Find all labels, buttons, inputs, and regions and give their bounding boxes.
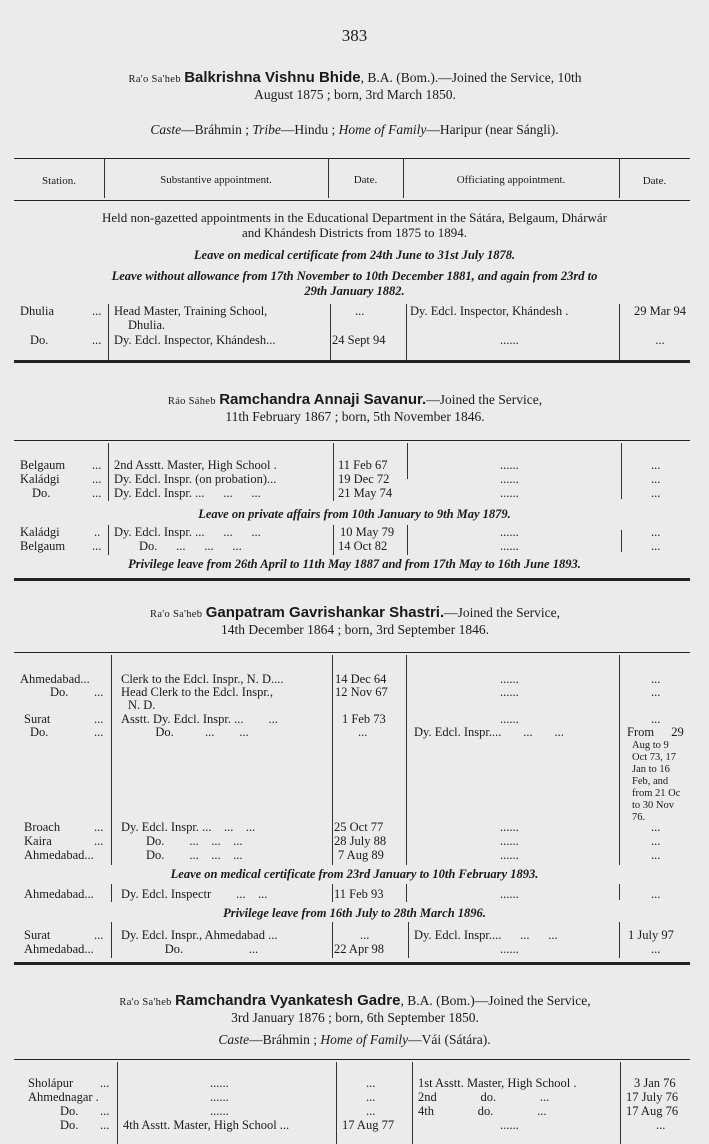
note-line: and Khándesh Districts from 1875 to 1894… bbox=[0, 225, 709, 241]
title-prefix: Ra'o Sa'heb bbox=[129, 74, 181, 85]
officiating-date-cell: 29 Mar 94 bbox=[624, 304, 696, 318]
table-row: N. D. bbox=[0, 698, 709, 712]
station-cell: Ahmedabad... bbox=[24, 848, 108, 862]
table-row: Kaládgi ... Dy. Edcl. Inspr. (on probati… bbox=[0, 472, 709, 486]
leader-dots: .. bbox=[94, 525, 100, 539]
tribe-label: Tribe bbox=[252, 122, 281, 137]
substantive-cell: ...... bbox=[210, 1076, 229, 1090]
officiating-cell: Dy. Edcl. Inspector, Khándesh . bbox=[410, 304, 618, 318]
station-cell: Do. bbox=[30, 333, 48, 347]
header-date: Date. bbox=[328, 174, 403, 186]
station-cell: Do. bbox=[60, 1104, 78, 1118]
table-row: Ahmedabad... Dy. Edcl. Inspectr ... ... … bbox=[0, 887, 709, 901]
title-suffix: —Joined the Service, bbox=[426, 392, 542, 407]
officiating-cell: ...... bbox=[500, 486, 519, 500]
note-line: Jan to 16 bbox=[632, 764, 700, 776]
date-cell: 22 Apr 98 bbox=[334, 942, 404, 956]
note-line: Feb, and bbox=[632, 776, 700, 788]
date-cell: 19 Dec 72 bbox=[338, 472, 408, 486]
officiating-cell: ...... bbox=[500, 820, 519, 834]
station-cell: Do. bbox=[60, 1118, 78, 1132]
date-cell: 11 Feb 67 bbox=[338, 458, 408, 472]
leader-dots: ... bbox=[94, 685, 103, 699]
officiating-date-cell: ... bbox=[656, 1118, 665, 1132]
officiating-date-cell: ... bbox=[624, 333, 696, 347]
date-cell: 24 Sept 94 bbox=[332, 333, 402, 347]
officiating-date-cell: ... bbox=[651, 942, 660, 956]
date-cell: 17 Aug 77 bbox=[342, 1118, 394, 1132]
table-header: Station. Substantive appointment. Date. … bbox=[0, 158, 709, 200]
officiating-cell: ...... bbox=[500, 525, 519, 539]
caste-label: Caste bbox=[150, 122, 181, 137]
leader-dots: ... bbox=[94, 834, 103, 848]
station-cell: Ahmedabad... bbox=[24, 942, 108, 956]
officiating-cell: ...... bbox=[500, 942, 519, 956]
officiating-cell: ...... bbox=[500, 712, 519, 726]
officiating-cell: ...... bbox=[500, 834, 519, 848]
substantive-cell: Dy. Edcl. Inspr. ... ... ... bbox=[114, 525, 328, 539]
table-row: Ahmedabad... Clerk to the Edcl. Inspr., … bbox=[0, 672, 709, 686]
table-row: Do. ... 4th Asstt. Master, High School .… bbox=[0, 1118, 709, 1132]
date-cell: 7 Aug 89 bbox=[338, 848, 408, 862]
officiating-cell: 4th do. ... bbox=[418, 1104, 546, 1118]
title-line2: 14th December 1864 ; born, 3rd September… bbox=[221, 622, 489, 637]
leader-dots: ... bbox=[94, 820, 103, 834]
date-cell: 14 Dec 64 bbox=[335, 672, 405, 686]
leader-dots: ... bbox=[100, 1076, 109, 1090]
officiating-cell: ...... bbox=[500, 458, 519, 472]
header-station: Station. bbox=[14, 175, 104, 187]
header-officiating: Officiating appointment. bbox=[403, 174, 619, 186]
title-line2: 11th February 1867 ; born, 5th November … bbox=[225, 409, 484, 424]
table-row: Sholápur ... ...... ... 1st Asstt. Maste… bbox=[0, 1076, 709, 1090]
note-line: to 30 Nov bbox=[632, 800, 700, 812]
substantive-cell: N. D. bbox=[128, 698, 155, 712]
substantive-cell: Head Master, Training School, bbox=[114, 304, 328, 318]
date-cell: ... bbox=[366, 1090, 375, 1104]
station-cell: Do. bbox=[50, 685, 68, 699]
table-row: Belgaum ... 2nd Asstt. Master, High Scho… bbox=[0, 458, 709, 472]
title-line2: August 1875 ; born, 3rd March 1850. bbox=[254, 87, 456, 102]
page-number: 383 bbox=[0, 26, 709, 46]
note-line: Oct 73, 17 bbox=[632, 752, 700, 764]
leader-dots: ... bbox=[94, 725, 103, 739]
date-cell: 12 Nov 67 bbox=[335, 685, 405, 699]
leader-dots: ... bbox=[92, 486, 101, 500]
substantive-cell: Dy. Edcl. Inspr. ... ... ... bbox=[121, 820, 335, 834]
table-row: Broach ... Dy. Edcl. Inspr. ... ... ... … bbox=[0, 820, 709, 834]
officiating-date-cell: ... bbox=[651, 458, 660, 472]
officiating-cell: ...... bbox=[500, 685, 519, 699]
officiating-date-cell: 1 July 97 bbox=[628, 928, 674, 942]
station-cell: Ahmedabad... bbox=[20, 672, 104, 686]
officiating-cell: Dy. Edcl. Inspr.... ... ... bbox=[414, 928, 558, 942]
leave-note: Privilege leave from 26th April to 11th … bbox=[0, 556, 709, 572]
table-row: Kaládgi .. Dy. Edcl. Inspr. ... ... ... … bbox=[0, 525, 709, 539]
station-cell: Do. bbox=[30, 725, 48, 739]
caste-value: —Bráhmin ; bbox=[181, 122, 252, 137]
section-end-rule bbox=[14, 962, 690, 965]
station-cell: Kaládgi bbox=[20, 525, 104, 539]
substantive-cell: ...... bbox=[210, 1090, 229, 1104]
officer-name: Ramchandra Annaji Savanur. bbox=[219, 391, 426, 408]
officiating-date-cell: ... bbox=[651, 472, 660, 486]
leave-note: Leave on medical certificate from 24th J… bbox=[0, 247, 709, 263]
officiating-date-cell: 17 July 76 bbox=[626, 1090, 678, 1104]
table-row: Surat ... Dy. Edcl. Inspr., Ahmedabad ..… bbox=[0, 928, 709, 942]
officer-name: Balkrishna Vishnu Bhide bbox=[184, 69, 360, 86]
officiating-cell: ...... bbox=[500, 887, 519, 901]
substantive-cell: Do. ... ... ... bbox=[121, 848, 335, 862]
officer-heading-bhide: Ra'o Sa'heb Balkrishna Vishnu Bhide, B.A… bbox=[40, 70, 670, 102]
officiating-date-cell: ... bbox=[651, 887, 660, 901]
substantive-cell: Asstt. Dy. Edcl. Inspr. ... ... bbox=[121, 712, 335, 726]
table-row: Do. ... ...... ... 4th do. ... 17 Aug 76 bbox=[0, 1104, 709, 1118]
officiating-date-cell: ... bbox=[651, 672, 660, 686]
leave-note: Leave without allowance from 17th Novemb… bbox=[0, 268, 709, 284]
leave-note: Privilege leave from 16th July to 28th M… bbox=[0, 905, 709, 921]
date-cell: 14 Oct 82 bbox=[338, 539, 408, 553]
note-line: Aug to 9 bbox=[632, 740, 700, 752]
officer-name: Ramchandra Vyankatesh Gadre bbox=[175, 992, 400, 1009]
officiating-date-cell: ... bbox=[651, 834, 660, 848]
home-value: —Haripur (near Sángli). bbox=[426, 122, 558, 137]
officiating-cell: ...... bbox=[500, 848, 519, 862]
date-cell: ... bbox=[366, 1104, 375, 1118]
substantive-cell: Head Clerk to the Edcl. Inspr., bbox=[121, 685, 335, 699]
officiating-date-cell: ... bbox=[651, 848, 660, 862]
home-value: —Vái (Sátára). bbox=[408, 1032, 490, 1047]
tribe-value: —Hindu ; bbox=[281, 122, 339, 137]
officiating-cell: ...... bbox=[500, 472, 519, 486]
leave-note: Leave on medical certificate from 23rd J… bbox=[0, 866, 709, 882]
substantive-cell: Dy. Edcl. Inspr. (on probation)... bbox=[114, 472, 328, 486]
table-row: Dhulia ... Head Master, Training School,… bbox=[0, 304, 709, 318]
caste-line-bhide: Caste—Bráhmin ; Tribe—Hindu ; Home of Fa… bbox=[0, 122, 709, 138]
table-row: Ahmedabad... Do. ... ... ... 7 Aug 89 ..… bbox=[0, 848, 709, 862]
table-row: Ahmednagar . ...... ... 2nd do. ... 17 J… bbox=[0, 1090, 709, 1104]
table-row: Belgaum ... Do. ... ... ... 14 Oct 82 ..… bbox=[0, 539, 709, 553]
leader-dots: ... bbox=[94, 712, 103, 726]
officer-name: Ganpatram Gavrishankar Shastri. bbox=[206, 604, 444, 621]
title-suffix: , B.A. (Bom.).—Joined the Service, 10th bbox=[361, 70, 582, 85]
table-row: Ahmedabad... Do. ... 22 Apr 98 ...... ..… bbox=[0, 942, 709, 956]
officiating-cell: ...... bbox=[500, 1118, 519, 1132]
substantive-cell: Dy. Edcl. Inspectr ... ... bbox=[121, 887, 335, 901]
table-row: Do. ... Head Clerk to the Edcl. Inspr., … bbox=[0, 685, 709, 699]
document-page: 383 Ra'o Sa'heb Balkrishna Vishnu Bhide,… bbox=[0, 0, 709, 1144]
officiating-date-cell: 17 Aug 76 bbox=[626, 1104, 678, 1118]
substantive-cell: ...... bbox=[210, 1104, 229, 1118]
table-row: Dhulia. bbox=[0, 318, 709, 332]
officiating-date-cell: ... bbox=[651, 539, 660, 553]
leader-dots: ... bbox=[92, 304, 101, 318]
home-label: Home of Family bbox=[339, 122, 427, 137]
title-line2: 3rd January 1876 ; born, 6th September 1… bbox=[231, 1010, 479, 1025]
section-end-rule bbox=[14, 360, 690, 363]
date-cell: 25 Oct 77 bbox=[334, 820, 404, 834]
leader-dots: ... bbox=[100, 1118, 109, 1132]
officiating-cell: Dy. Edcl. Inspr.... ... ... bbox=[414, 725, 564, 739]
officiating-date-cell: From 29 bbox=[627, 725, 684, 739]
substantive-cell: Do. ... ... bbox=[121, 725, 335, 739]
date-cell: 10 May 79 bbox=[340, 525, 410, 539]
caste-label: Caste bbox=[218, 1032, 249, 1047]
table-row: Do. ... Dy. Edcl. Inspector, Khándesh...… bbox=[0, 333, 709, 347]
officiating-date-cell: ... bbox=[651, 685, 660, 699]
date-cell: ... bbox=[358, 725, 367, 739]
date-cell: ... bbox=[366, 1076, 375, 1090]
caste-value: —Bráhmin ; bbox=[249, 1032, 320, 1047]
officer-heading-gadre: Ra'o Sa'heb Ramchandra Vyankatesh Gadre,… bbox=[40, 993, 670, 1025]
header-off-date: Date. bbox=[619, 175, 690, 187]
substantive-cell: Do. ... bbox=[121, 942, 335, 956]
substantive-cell: Do. ... ... ... bbox=[121, 834, 335, 848]
substantive-cell: Dy. Edcl. Inspector, Khándesh... bbox=[114, 333, 328, 347]
date-cell: 11 Feb 93 bbox=[334, 887, 404, 901]
table-top-rule bbox=[14, 652, 690, 653]
officiating-period-note: Aug to 9 Oct 73, 17 Jan to 16 Feb, and f… bbox=[632, 740, 700, 824]
table-top-rule bbox=[14, 1059, 690, 1060]
officiating-cell: ...... bbox=[500, 333, 519, 347]
officiating-cell: 2nd do. ... bbox=[418, 1090, 549, 1104]
officer-heading-savanur: Ráo Sáheb Ramchandra Annaji Savanur.—Joi… bbox=[40, 392, 670, 424]
officiating-date-cell: ... bbox=[651, 525, 660, 539]
section-end-rule bbox=[14, 578, 690, 581]
note-line: Held non-gazetted appointments in the Ed… bbox=[0, 210, 709, 226]
station-cell: Ahmedabad... bbox=[24, 887, 108, 901]
title-suffix: , B.A. (Bom.)—Joined the Service, bbox=[400, 993, 590, 1008]
officiating-cell: ...... bbox=[500, 672, 519, 686]
officiating-cell: ...... bbox=[500, 539, 519, 553]
leader-dots: ... bbox=[92, 333, 101, 347]
header-substantive: Substantive appointment. bbox=[104, 174, 328, 186]
leave-note: Leave on private affairs from 10th Janua… bbox=[0, 506, 709, 522]
station-cell: Do. bbox=[32, 486, 50, 500]
leader-dots: ... bbox=[92, 472, 101, 486]
table-row: Surat ... Asstt. Dy. Edcl. Inspr. ... ..… bbox=[0, 712, 709, 726]
substantive-cell: 2nd Asstt. Master, High School . bbox=[114, 458, 328, 472]
title-suffix: —Joined the Service, bbox=[444, 605, 560, 620]
station-cell: Ahmednagar . bbox=[28, 1090, 112, 1104]
officiating-date-cell: 3 Jan 76 bbox=[634, 1076, 676, 1090]
officiating-date-cell: ... bbox=[651, 820, 660, 834]
leader-dots: ... bbox=[94, 928, 103, 942]
substantive-cell: Do. ... ... ... bbox=[114, 539, 328, 553]
date-cell: 21 May 74 bbox=[338, 486, 408, 500]
substantive-cell: Clerk to the Edcl. Inspr., N. D.... bbox=[121, 672, 335, 686]
substantive-cell: 4th Asstt. Master, High School ... bbox=[123, 1118, 289, 1132]
leader-dots: ... bbox=[100, 1104, 109, 1118]
officer-heading-shastri: Ra'o Sa'heb Ganpatram Gavrishankar Shast… bbox=[40, 605, 670, 637]
date-cell: 28 July 88 bbox=[334, 834, 404, 848]
note-line: from 21 Oc bbox=[632, 788, 700, 800]
caste-line-gadre: Caste—Bráhmin ; Home of Family—Vái (Sátá… bbox=[0, 1032, 709, 1048]
header-bottom-rule bbox=[14, 200, 690, 201]
leader-dots: ... bbox=[92, 458, 101, 472]
leave-note: 29th January 1882. bbox=[0, 283, 709, 299]
leader-dots: ... bbox=[92, 539, 101, 553]
title-prefix: Ráo Sáheb bbox=[168, 396, 216, 407]
substantive-cell: Dy. Edcl. Inspr. ... ... ... bbox=[114, 486, 328, 500]
date-cell: 1 Feb 73 bbox=[342, 712, 412, 726]
date-cell: ... bbox=[360, 928, 369, 942]
officiating-date-cell: ... bbox=[651, 712, 660, 726]
officiating-date-cell: ... bbox=[651, 486, 660, 500]
substantive-cell: Dy. Edcl. Inspr., Ahmedabad ... bbox=[121, 928, 335, 942]
title-prefix: Ra'o Sa'heb bbox=[119, 997, 171, 1008]
table-row: Do. ... Dy. Edcl. Inspr. ... ... ... 21 … bbox=[0, 486, 709, 500]
table-top-rule bbox=[14, 440, 690, 441]
title-prefix: Ra'o Sa'heb bbox=[150, 609, 202, 620]
home-label: Home of Family bbox=[320, 1032, 408, 1047]
officiating-cell: 1st Asstt. Master, High School . bbox=[418, 1076, 577, 1090]
table-row: Do. ... Do. ... ... ... Dy. Edcl. Inspr.… bbox=[0, 725, 709, 739]
table-row: Kaira ... Do. ... ... ... 28 July 88 ...… bbox=[0, 834, 709, 848]
substantive-cell: Dhulia. bbox=[128, 318, 165, 332]
